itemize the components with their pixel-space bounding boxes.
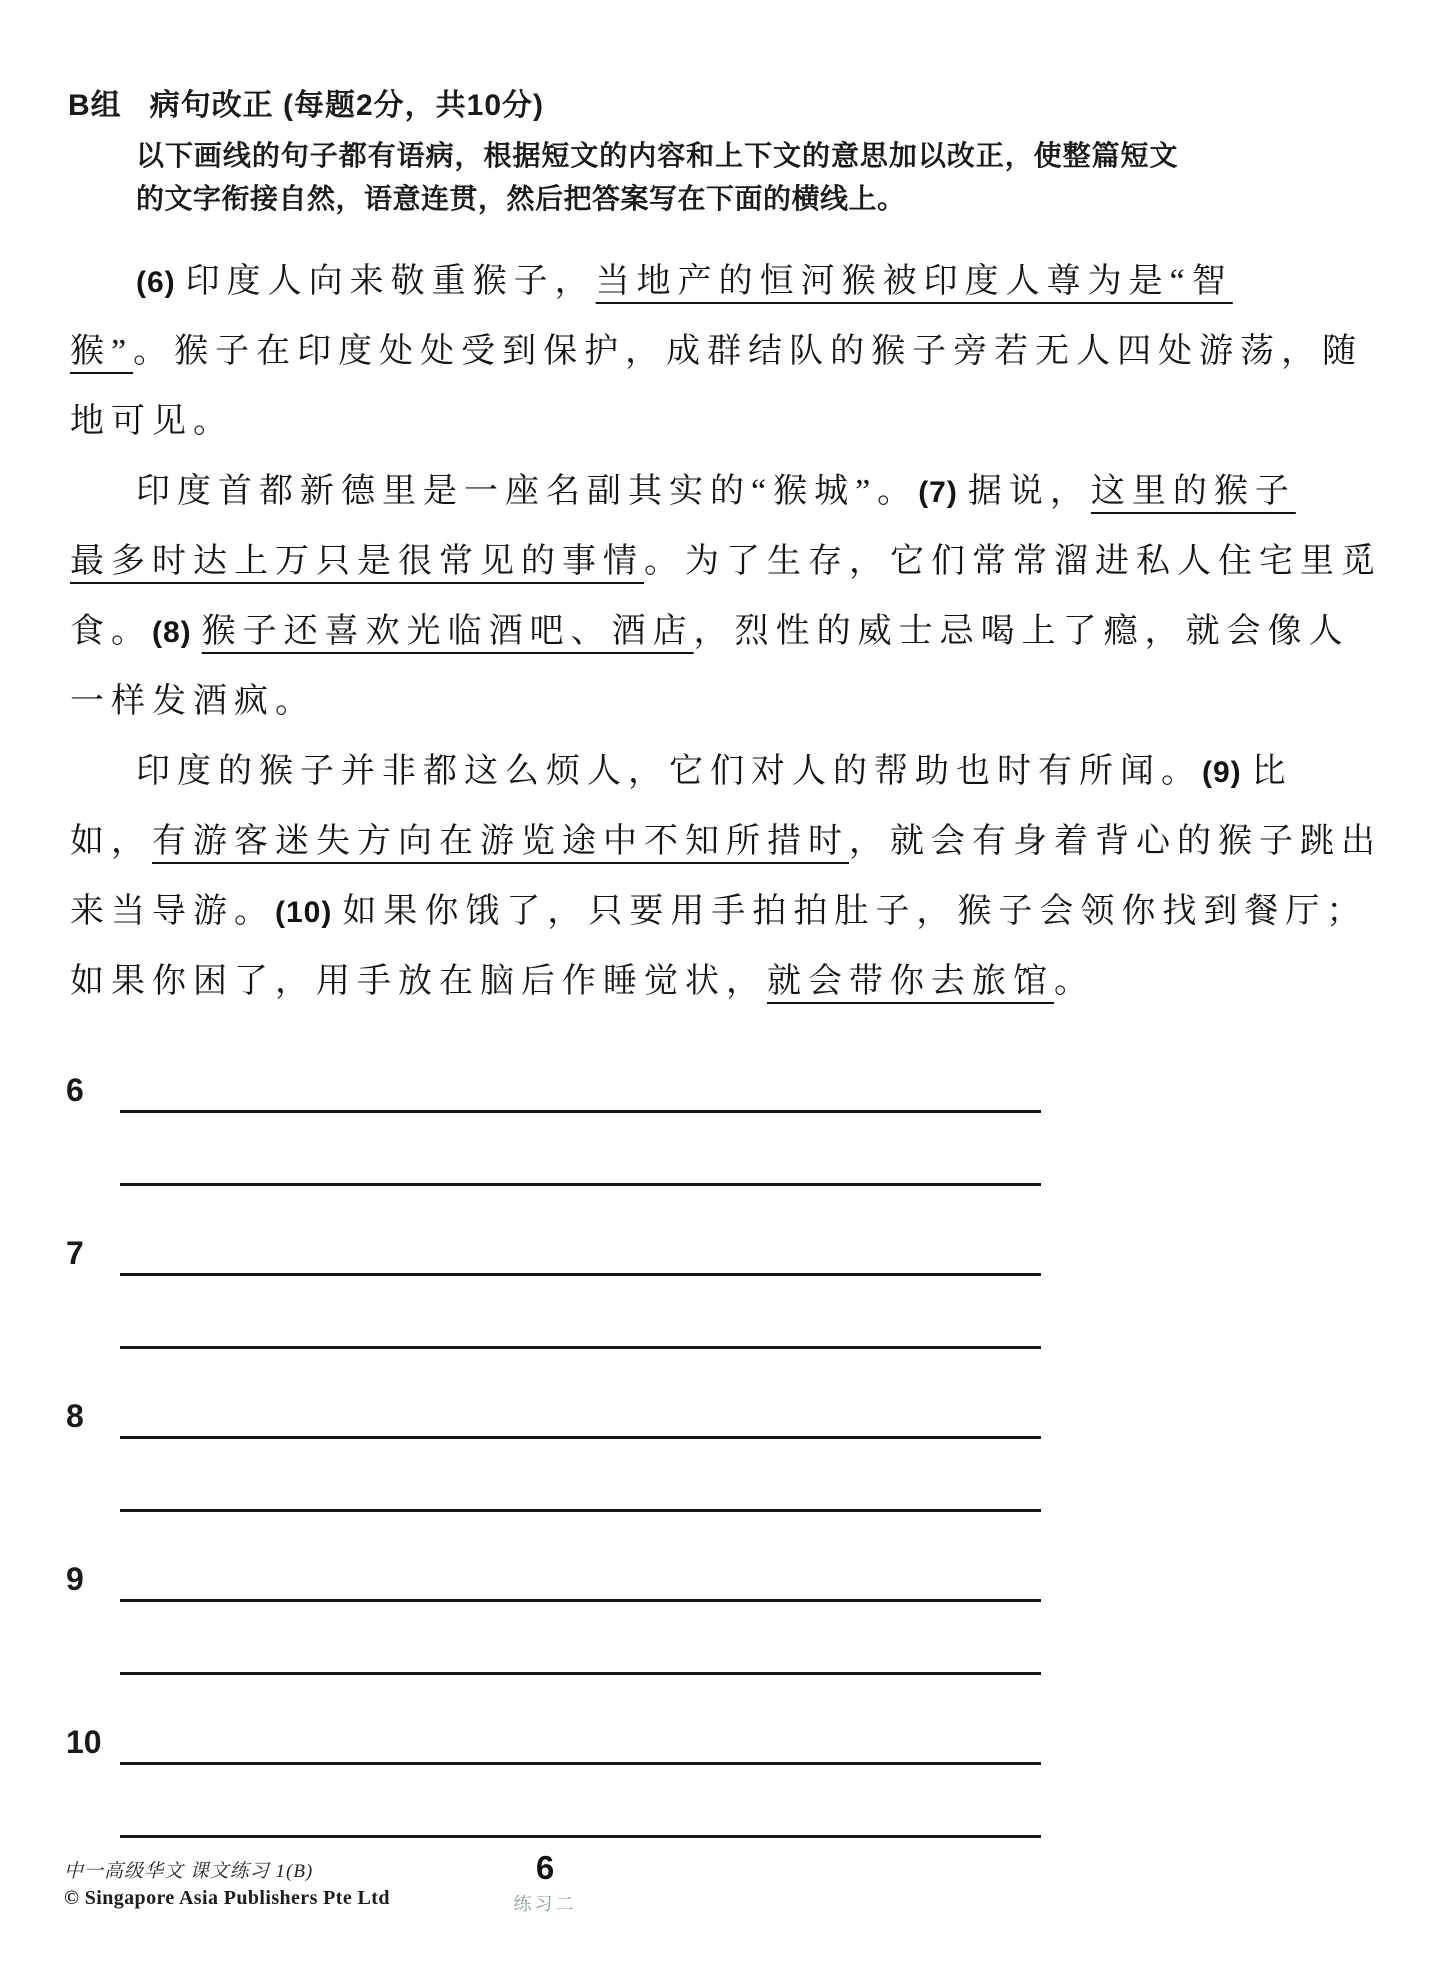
- footer-copyright: © Singapore Asia Publishers Pte Ltd: [64, 1887, 390, 1910]
- answer-number: 6: [66, 1072, 84, 1109]
- worksheet-page: B组病句改正 (每题2分，共10分) 以下画线的句子都有语病，根据短文的内容和上…: [0, 0, 1445, 1975]
- page-number: 6: [480, 1849, 610, 1887]
- footer-book-title: 中一高级华文 课文练习 1(B): [64, 1856, 390, 1883]
- answers: 678910: [0, 0, 1445, 1975]
- answer-blank-line[interactable]: [120, 1183, 1041, 1186]
- exercise-label: 练习二: [480, 1890, 610, 1916]
- answer-blank-line[interactable]: [120, 1346, 1041, 1349]
- answer-blank-line[interactable]: [120, 1436, 1041, 1439]
- answer-row: 8: [0, 1398, 1445, 1528]
- answer-number: 10: [66, 1724, 102, 1761]
- answer-row: 7: [0, 1235, 1445, 1365]
- answer-blank-line[interactable]: [120, 1509, 1041, 1512]
- answer-number: 8: [66, 1398, 84, 1435]
- footer-left: 中一高级华文 课文练习 1(B) © Singapore Asia Publis…: [64, 1856, 390, 1910]
- answer-number: 7: [66, 1235, 84, 1272]
- answer-blank-line[interactable]: [120, 1110, 1041, 1113]
- answer-blank-line[interactable]: [120, 1672, 1041, 1675]
- answer-blank-line[interactable]: [120, 1835, 1041, 1838]
- answer-row: 10: [0, 1724, 1445, 1854]
- answer-blank-line[interactable]: [120, 1762, 1041, 1765]
- answer-blank-line[interactable]: [120, 1599, 1041, 1602]
- answer-number: 9: [66, 1561, 84, 1598]
- answer-row: 9: [0, 1561, 1445, 1691]
- answer-row: 6: [0, 1072, 1445, 1202]
- answer-blank-line[interactable]: [120, 1273, 1041, 1276]
- footer-center: 6 练习二: [480, 1849, 610, 1916]
